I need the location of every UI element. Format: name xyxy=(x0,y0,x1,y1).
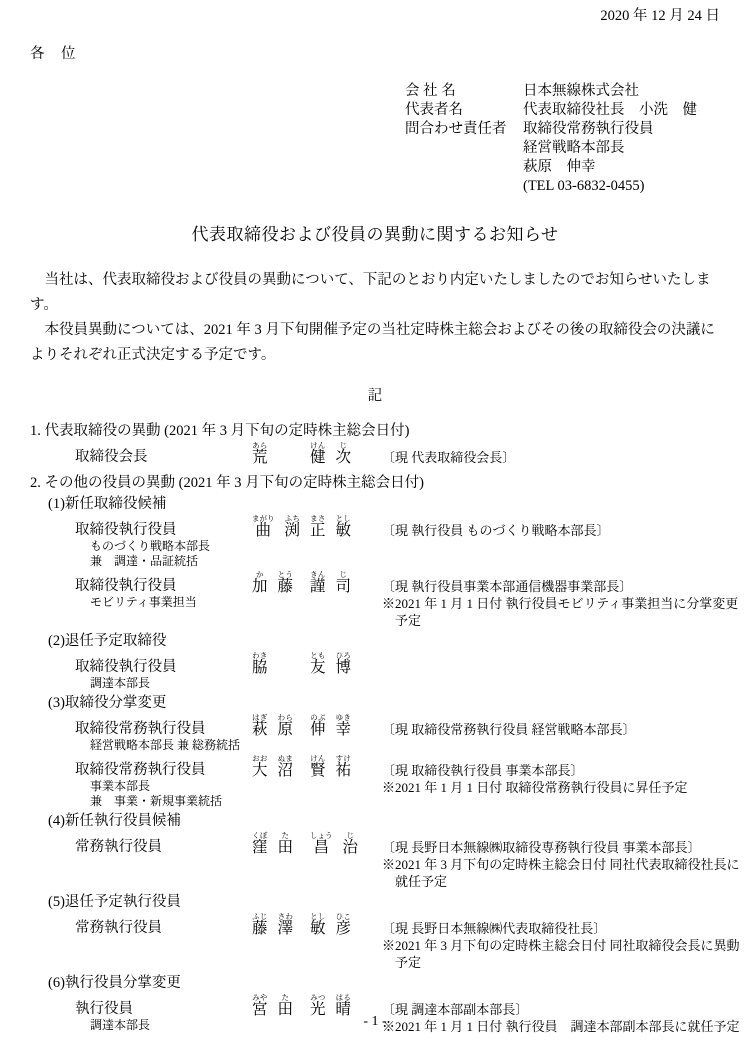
name-char: 正まさ xyxy=(310,514,326,539)
officer-name: 窪くぼ田た昌しょう治じ xyxy=(252,831,382,890)
subsection-label: (6)執行役員分掌変更 xyxy=(30,974,745,992)
family-name: 荒あら xyxy=(252,441,310,466)
note-line: ※2021 年 1 月 1 日付 執行役員モビリティ事業担当に分掌変更予定 xyxy=(382,595,745,629)
name-char: 賢けん xyxy=(310,754,326,779)
family-name: 藤ふじ澤さわ xyxy=(252,912,310,937)
sender-value: (TEL 03-6832-0455) xyxy=(523,177,644,196)
notes-column: 〔現 執行役員事業本部通信機器事業部長〕※2021 年 1 月 1 日付 執行役… xyxy=(382,570,745,629)
furigana: まがり xyxy=(252,514,275,523)
position-title: 取締役会長 xyxy=(75,449,252,466)
family-name: 加か藤とう xyxy=(252,570,310,595)
furigana: か xyxy=(252,570,268,579)
furigana: とも xyxy=(310,651,326,660)
officer-name: 曲まがり渕ふち正まさ敏とし xyxy=(252,514,382,569)
notes-column: 〔現 取締役常務執行役員 経営戦略本部長〕 xyxy=(382,713,745,753)
section-heading: 2. その他の役員の異動 (2021 年 3 月下旬の定時株主総会日付) xyxy=(30,474,745,492)
sender-row: 会 社 名日本無線株式会社 xyxy=(405,82,745,101)
note-line: ※2021 年 3 月下旬の定時株主総会日付 同社代表取締役社長に就任予定 xyxy=(382,856,745,890)
sender-label: 代表者名 xyxy=(405,101,523,120)
furigana: ひろ xyxy=(336,651,352,660)
officer-name: 藤ふじ澤さわ敏とし彦ひこ xyxy=(252,912,382,971)
family-name: 大おお沼ぬま xyxy=(252,754,310,779)
furigana: ひこ xyxy=(336,912,352,921)
position-sub: 兼 調達・品証統括 xyxy=(75,554,252,569)
position-column: 取締役常務執行役員経営戦略本部長 兼 総務統括 xyxy=(75,713,252,753)
position-column: 常務執行役員 xyxy=(75,912,252,971)
entry-row: 取締役常務執行役員事業本部長兼 事業・新規事業統括大おお沼ぬま賢けん祐すけ〔現 … xyxy=(30,754,745,809)
furigana: わき xyxy=(252,651,268,660)
furigana: けん xyxy=(310,441,326,450)
furigana: じ xyxy=(336,570,352,579)
entry-row: 取締役執行役員調達本部長脇わき友とも博ひろ xyxy=(30,651,745,691)
family-name: 窪くぼ田た xyxy=(252,831,310,856)
furigana: きん xyxy=(310,570,326,579)
furigana: とし xyxy=(310,912,326,921)
name-char: 窪くぼ xyxy=(252,831,268,856)
note-line: 〔現 取締役常務執行役員 経営戦略本部長〕 xyxy=(382,721,745,738)
body-paragraph-2: 本役員異動については、2021 年 3 月下旬開催予定の当社定時株主総会およびそ… xyxy=(30,318,720,368)
notes-column xyxy=(382,651,745,691)
notes-column: 〔現 長野日本無線㈱代表取締役社長〕※2021 年 3 月下旬の定時株主総会日付… xyxy=(382,912,745,971)
given-name: 伸のぶ幸ゆき xyxy=(310,713,351,738)
given-name: 健けん次じ xyxy=(310,441,351,466)
name-char: 祐すけ xyxy=(336,754,352,779)
document-page: 2020 年 12 月 24 日 各 位 会 社 名日本無線株式会社代表者名代表… xyxy=(0,0,750,1050)
name-char: 萩はぎ xyxy=(252,713,268,738)
officer-name: 大おお沼ぬま賢けん祐すけ xyxy=(252,754,382,809)
given-name: 友とも博ひろ xyxy=(310,651,351,676)
recipient: 各 位 xyxy=(30,44,745,64)
name-char: 藤ふじ xyxy=(252,912,268,937)
officer-name: 萩はぎ原わら伸のぶ幸ゆき xyxy=(252,713,382,753)
position-title: 常務執行役員 xyxy=(75,920,252,937)
given-name: 正まさ敏とし xyxy=(310,514,351,539)
name-char: 大おお xyxy=(252,754,268,779)
subsection-label: (2)退任予定取締役 xyxy=(30,632,745,650)
sender-value: 取締役常務執行役員 xyxy=(523,120,654,139)
sender-info: 会 社 名日本無線株式会社代表者名代表取締役社長 小洗 健問合わせ責任者取締役常… xyxy=(405,82,745,196)
sender-row: 萩原 伸幸 xyxy=(405,158,745,177)
name-char: 謹きん xyxy=(310,570,326,595)
name-char: 司じ xyxy=(336,570,352,595)
name-char: 沼ぬま xyxy=(278,754,294,779)
subsection-label: (4)新任執行役員候補 xyxy=(30,812,745,830)
entry-row: 取締役会長荒あら健けん次じ〔現 代表取締役会長〕 xyxy=(30,441,745,466)
position-column: 常務執行役員 xyxy=(75,831,252,890)
furigana: けん xyxy=(310,754,326,763)
family-name: 脇わき xyxy=(252,651,310,676)
sections: 1. 代表取締役の異動 (2021 年 3 月下旬の定時株主総会日付)取締役会長… xyxy=(30,422,745,1035)
sender-value: 代表取締役社長 小洗 健 xyxy=(523,101,697,120)
given-name: 謹きん司じ xyxy=(310,570,351,595)
name-char: 治じ xyxy=(343,831,359,856)
notes-column: 〔現 代表取締役会長〕 xyxy=(382,441,745,466)
notes-column: 〔現 取締役執行役員 事業本部長〕※2021 年 1 月 1 日付 取締役常務執… xyxy=(382,754,745,809)
note-line: 〔現 長野日本無線㈱代表取締役社長〕 xyxy=(382,920,745,937)
name-char: 原わら xyxy=(278,713,294,738)
sender-row: 代表者名代表取締役社長 小洗 健 xyxy=(405,101,745,120)
position-column: 取締役執行役員モビリティ事業担当 xyxy=(75,570,252,629)
name-char: 澤さわ xyxy=(278,912,294,937)
position-sub: 経営戦略本部長 兼 総務統括 xyxy=(75,738,252,753)
position-column: 取締役常務執行役員事業本部長兼 事業・新規事業統括 xyxy=(75,754,252,809)
furigana: はる xyxy=(336,993,352,1002)
section-heading: 1. 代表取締役の異動 (2021 年 3 月下旬の定時株主総会日付) xyxy=(30,422,745,440)
sender-value: 経営戦略本部長 xyxy=(523,139,625,158)
note-line: 〔現 取締役執行役員 事業本部長〕 xyxy=(382,762,745,779)
entry-row: 取締役常務執行役員経営戦略本部長 兼 総務統括萩はぎ原わら伸のぶ幸ゆき〔現 取締… xyxy=(30,713,745,753)
name-char: 健けん xyxy=(310,441,326,466)
given-name: 昌しょう治じ xyxy=(310,831,358,856)
name-char: 昌しょう xyxy=(310,831,333,856)
position-sub: ものづくり戦略本部長 xyxy=(75,539,252,554)
body-paragraph-1: 当社は、代表取締役および役員の異動について、下記のとおり内定いたしましたのでお知… xyxy=(30,268,720,318)
furigana: とう xyxy=(278,570,294,579)
notes-column: 〔現 執行役員 ものづくり戦略本部長〕 xyxy=(382,514,745,569)
family-name: 曲まがり渕ふち xyxy=(252,514,310,539)
position-sub: 兼 事業・新規事業統括 xyxy=(75,794,252,809)
furigana: とし xyxy=(336,514,352,523)
entry-row: 常務執行役員窪くぼ田た昌しょう治じ〔現 長野日本無線㈱取締役専務執行役員 事業本… xyxy=(30,831,745,890)
furigana: た xyxy=(278,831,294,840)
position-title: 取締役執行役員 xyxy=(75,659,252,676)
document-date: 2020 年 12 月 24 日 xyxy=(30,6,720,26)
officer-name: 加か藤とう謹きん司じ xyxy=(252,570,382,629)
furigana: た xyxy=(278,993,294,1002)
name-char: 友とも xyxy=(310,651,326,676)
page-number: - 1 - xyxy=(0,1014,750,1030)
sender-value: 日本無線株式会社 xyxy=(523,82,639,101)
position-column: 取締役執行役員調達本部長 xyxy=(75,651,252,691)
name-char: 博ひろ xyxy=(336,651,352,676)
furigana: くぼ xyxy=(252,831,268,840)
subsection-label: (5)退任予定執行役員 xyxy=(30,893,745,911)
position-sub: 事業本部長 xyxy=(75,779,252,794)
furigana: さわ xyxy=(278,912,294,921)
sender-label xyxy=(405,177,523,196)
furigana: ぬま xyxy=(278,754,294,763)
sender-label: 会 社 名 xyxy=(405,82,523,101)
name-char: 藤とう xyxy=(278,570,294,595)
note-line: 〔現 長野日本無線㈱取締役専務執行役員 事業本部長〕 xyxy=(382,839,745,856)
subsection-label: (1)新任取締役候補 xyxy=(30,495,745,513)
name-char: 敏とし xyxy=(336,514,352,539)
note-line: 〔現 執行役員事業本部通信機器事業部長〕 xyxy=(382,578,745,595)
furigana: わら xyxy=(278,713,294,722)
position-column: 取締役会長 xyxy=(75,441,252,466)
sender-row: 問合わせ責任者取締役常務執行役員 xyxy=(405,120,745,139)
given-name: 賢けん祐すけ xyxy=(310,754,351,779)
position-sub: モビリティ事業担当 xyxy=(75,595,252,610)
furigana: じ xyxy=(343,831,359,840)
entry-row: 常務執行役員藤ふじ澤さわ敏とし彦ひこ〔現 長野日本無線㈱代表取締役社長〕※202… xyxy=(30,912,745,971)
furigana: はぎ xyxy=(252,713,268,722)
note-line: ※2021 年 1 月 1 日付 取締役常務執行役員に昇任予定 xyxy=(382,779,745,796)
name-char: 渕ふち xyxy=(285,514,301,539)
sender-row: (TEL 03-6832-0455) xyxy=(405,177,745,196)
sender-row: 経営戦略本部長 xyxy=(405,139,745,158)
furigana: みや xyxy=(252,993,268,1002)
furigana: おお xyxy=(252,754,268,763)
furigana: じ xyxy=(336,441,352,450)
sender-label xyxy=(405,158,523,177)
position-sub: 調達本部長 xyxy=(75,676,252,691)
name-char: 幸ゆき xyxy=(336,713,352,738)
name-char: 荒あら xyxy=(252,441,268,466)
entry-row: 取締役執行役員ものづくり戦略本部長兼 調達・品証統括曲まがり渕ふち正まさ敏とし〔… xyxy=(30,514,745,569)
note-line: ※2021 年 3 月下旬の定時株主総会日付 同社取締役会長に異動予定 xyxy=(382,937,745,971)
family-name: 萩はぎ原わら xyxy=(252,713,310,738)
furigana: のぶ xyxy=(310,713,326,722)
furigana: すけ xyxy=(336,754,352,763)
notes-column: 〔現 長野日本無線㈱取締役専務執行役員 事業本部長〕※2021 年 3 月下旬の… xyxy=(382,831,745,890)
position-title: 取締役執行役員 xyxy=(75,522,252,539)
name-char: 敏とし xyxy=(310,912,326,937)
position-title: 常務執行役員 xyxy=(75,839,252,856)
officer-name: 脇わき友とも博ひろ xyxy=(252,651,382,691)
furigana: ふち xyxy=(285,514,301,523)
name-char: 伸のぶ xyxy=(310,713,326,738)
furigana: みつ xyxy=(310,993,326,1002)
subsection-label: (3)取締役分掌変更 xyxy=(30,694,745,712)
sender-value: 萩原 伸幸 xyxy=(523,158,596,177)
name-char: 加か xyxy=(252,570,268,595)
furigana: しょう xyxy=(310,831,333,840)
position-title: 取締役常務執行役員 xyxy=(75,762,252,779)
note-line: 〔現 代表取締役会長〕 xyxy=(382,449,745,466)
entry-row: 取締役執行役員モビリティ事業担当加か藤とう謹きん司じ〔現 執行役員事業本部通信機… xyxy=(30,570,745,629)
furigana: ふじ xyxy=(252,912,268,921)
sender-label xyxy=(405,139,523,158)
name-char: 脇わき xyxy=(252,651,268,676)
position-column: 取締役執行役員ものづくり戦略本部長兼 調達・品証統括 xyxy=(75,514,252,569)
furigana: あら xyxy=(252,441,268,450)
name-char: 次じ xyxy=(336,441,352,466)
furigana: ゆき xyxy=(336,713,352,722)
position-title: 取締役常務執行役員 xyxy=(75,721,252,738)
name-char: 田た xyxy=(278,831,294,856)
note-line: 〔現 執行役員 ものづくり戦略本部長〕 xyxy=(382,522,745,539)
furigana: まさ xyxy=(310,514,326,523)
name-char: 彦ひこ xyxy=(336,912,352,937)
name-char: 曲まがり xyxy=(252,514,275,539)
given-name: 敏とし彦ひこ xyxy=(310,912,351,937)
sender-label: 問合わせ責任者 xyxy=(405,120,523,139)
officer-name: 荒あら健けん次じ xyxy=(252,441,382,466)
record-marker: 記 xyxy=(30,386,720,406)
page-title: 代表取締役および役員の異動に関するお知らせ xyxy=(30,222,720,248)
position-title: 取締役執行役員 xyxy=(75,578,252,595)
